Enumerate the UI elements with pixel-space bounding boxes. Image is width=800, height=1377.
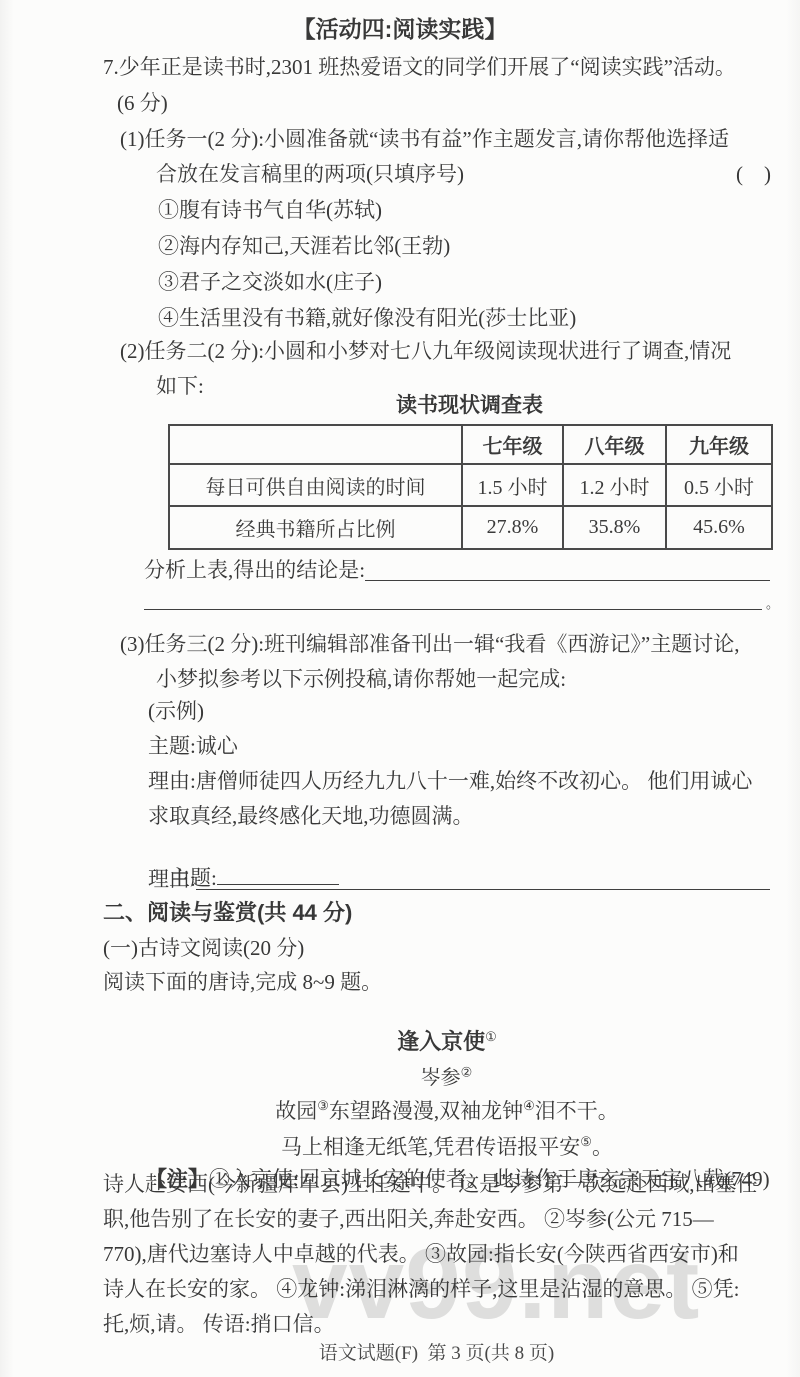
task1-answer-bracket: ( ) xyxy=(736,159,771,189)
survey-row2-grade7: 27.8% xyxy=(462,506,563,549)
task1-line1: (1)任务一(2 分):小圆准备就“读书有益”作主题发言,请你帮他选择适 xyxy=(120,124,729,154)
task1-option-2: ②海内存知己,天涯若比邻(王勃) xyxy=(158,231,450,261)
notes-line-4: 770),唐代边塞诗人中卓越的代表。 ③故园:指长安(今陕西省西安市)和 xyxy=(103,1239,739,1269)
section2-sub-heading: (一)古诗文阅读(20 分) xyxy=(103,933,304,963)
example-label: (示例) xyxy=(148,696,204,726)
conclusion-label: 分析上表,得出的结论是: xyxy=(144,555,365,585)
section2-heading: 二、阅读与鉴赏(共 44 分) xyxy=(103,898,352,928)
exam-page: vv99.net 【活动四:阅读实践】 7.少年正是读书时,2301 班热爱语文… xyxy=(0,0,800,1377)
survey-table: 七年级 八年级 九年级 每日可供自由阅读的时间 1.5 小时 1.2 小时 0.… xyxy=(168,424,773,550)
survey-table-header-grade9: 九年级 xyxy=(666,425,772,464)
notes-line-5: 诗人在长安的家。 ④龙钟:涕泪淋漓的样子,这里是沾湿的意思。 ⑤凭: xyxy=(103,1274,739,1304)
survey-row1-grade7: 1.5 小时 xyxy=(462,464,563,506)
reason-blank-row: 理由: xyxy=(148,864,770,894)
notes-line-2: 诗人赴安西(今新疆库车县)上任途中。 这是岑参第一次远赴西域,出塞任 xyxy=(103,1169,757,1199)
table-row: 每日可供自由阅读的时间 1.5 小时 1.2 小时 0.5 小时 xyxy=(169,464,772,506)
table-row: 经典书籍所占比例 27.8% 35.8% 45.6% xyxy=(169,506,772,549)
survey-table-header-grade8: 八年级 xyxy=(563,425,666,464)
survey-row2-grade9: 45.6% xyxy=(666,506,772,549)
reason-label: 理由: xyxy=(148,864,196,894)
q7-intro-score: (6 分) xyxy=(117,88,168,118)
survey-row1-grade8: 1.2 小时 xyxy=(563,464,666,506)
task1-line2: 合放在发言稿里的两项(只填序号) xyxy=(156,159,464,189)
survey-row1-grade9: 0.5 小时 xyxy=(666,464,772,506)
survey-row2-grade8: 35.8% xyxy=(563,506,666,549)
survey-table-corner-cell xyxy=(169,425,462,464)
conclusion-blank-line-1 xyxy=(365,580,770,581)
survey-table-header-row: 七年级 八年级 九年级 xyxy=(169,425,772,464)
activity-header: 【活动四:阅读实践】 xyxy=(0,14,800,44)
task1-option-4: ④生活里没有书籍,就好像没有阳光(莎士比亚) xyxy=(158,303,576,333)
survey-row2-label: 经典书籍所占比例 xyxy=(169,506,462,549)
q7-intro-line1: 7.少年正是读书时,2301 班热爱语文的同学们开展了“阅读实践”活动。 xyxy=(103,52,736,82)
page-footer: 语文试题(F) 第 3 页(共 8 页) xyxy=(103,1338,770,1365)
example-reason-line2: 求取真经,最终感化天地,功德圆满。 xyxy=(148,801,474,831)
notes-line-6: 托,烦,请。 传语:捎口信。 xyxy=(103,1309,335,1339)
task1-option-3: ③君子之交淡如水(庄子) xyxy=(158,267,382,297)
survey-table-title: 读书现状调查表 xyxy=(168,391,771,421)
task2-line1: (2)任务二(2 分):小圆和小梦对七八九年级阅读现状进行了调查,情况 xyxy=(120,336,731,366)
conclusion-line: 分析上表,得出的结论是: xyxy=(144,555,770,585)
survey-table-header-grade7: 七年级 xyxy=(462,425,563,464)
example-theme: 主题:诚心 xyxy=(148,731,238,761)
conclusion-period: 。 xyxy=(766,589,779,619)
task1-option-1: ①腹有诗书气自华(苏轼) xyxy=(158,195,382,225)
task3-line1: (3)任务三(2 分):班刊编辑部准备刊出一辑“我看《西游记》”主题讨论, xyxy=(120,629,739,659)
example-reason-line1: 理由:唐僧师徒四人历经九九八十一难,始终不改初心。 他们用诚心 xyxy=(148,766,752,796)
survey-row1-label: 每日可供自由阅读的时间 xyxy=(169,464,462,506)
task3-line2: 小梦拟参考以下示例投稿,请你帮她一起完成: xyxy=(156,664,566,694)
conclusion-blank-line-2 xyxy=(144,584,762,610)
reason-blank-line xyxy=(196,889,770,890)
section2-instruction: 阅读下面的唐诗,完成 8~9 题。 xyxy=(103,967,382,997)
notes-line-3: 职,他告别了在长安的妻子,西出阳关,奔赴安西。 ②岑参(公元 715— xyxy=(103,1204,714,1234)
